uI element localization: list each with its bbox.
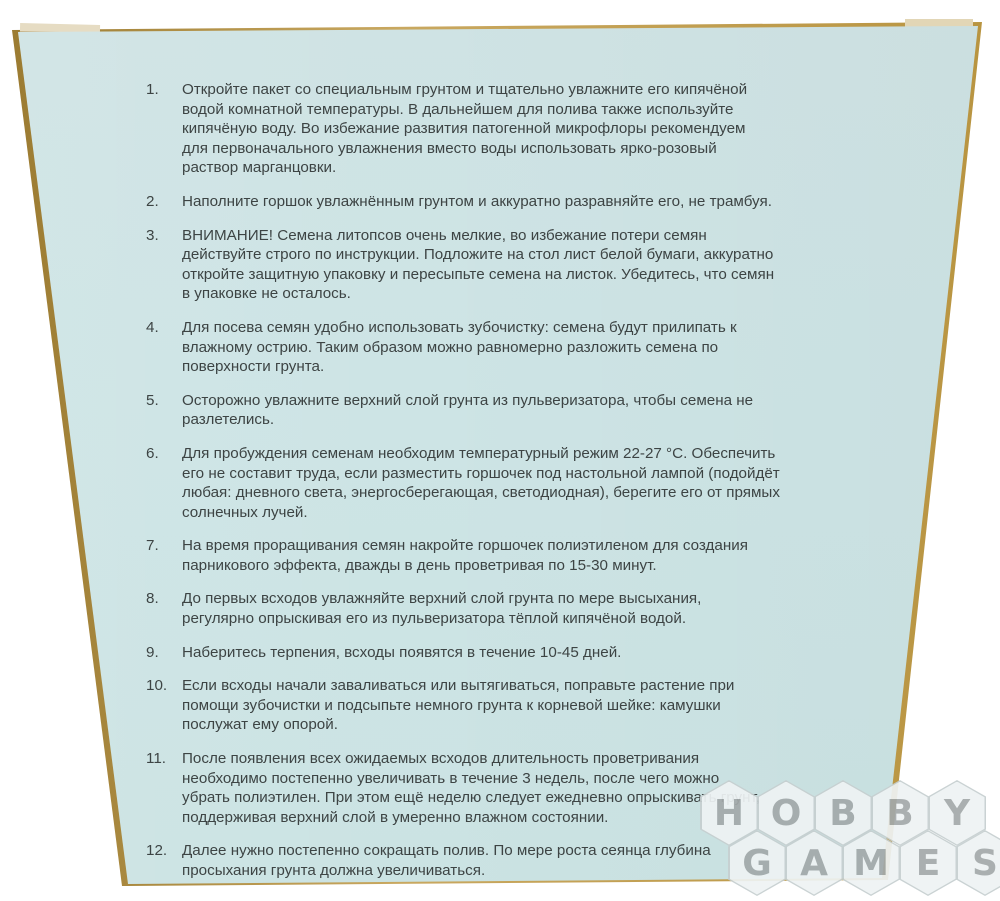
hobby-games-watermark: H O B B Y G A M E S <box>700 774 1000 901</box>
step-text: До первых всходов увлажняйте верхний сло… <box>182 589 870 628</box>
step-number: 5. <box>140 391 182 430</box>
instruction-step: 5. Осторожно увлажните верхний слой грун… <box>140 391 870 430</box>
step-text: Для пробуждения семенам необходим темпер… <box>182 444 870 522</box>
step-number: 2. <box>140 192 182 212</box>
step-text: ВНИМАНИЕ! Семена литопсов очень мелкие, … <box>182 226 870 304</box>
step-number: 4. <box>140 318 182 377</box>
step-number: 10. <box>140 676 182 735</box>
step-number: 11. <box>140 749 182 827</box>
instruction-step: 6. Для пробуждения семенам необходим тем… <box>140 444 870 522</box>
step-number: 1. <box>140 80 182 178</box>
instruction-step: 1. Откройте пакет со специальным грунтом… <box>140 80 870 178</box>
instruction-step: 10. Если всходы начали заваливаться или … <box>140 676 870 735</box>
step-text: Откройте пакет со специальным грунтом и … <box>182 80 870 178</box>
step-number: 8. <box>140 589 182 628</box>
instruction-step: 7. На время проращивания семян накройте … <box>140 536 870 575</box>
step-text: Осторожно увлажните верхний слой грунта … <box>182 391 870 430</box>
instruction-step: 3. ВНИМАНИЕ! Семена литопсов очень мелки… <box>140 226 870 304</box>
step-text: Наполните горшок увлажнённым грунтом и а… <box>182 192 870 212</box>
step-number: 3. <box>140 226 182 304</box>
step-text: Для посева семян удобно использовать зуб… <box>182 318 870 377</box>
step-text: На время проращивания семян накройте гор… <box>182 536 870 575</box>
sowing-instructions-list: 1. Откройте пакет со специальным грунтом… <box>140 80 870 895</box>
step-number: 12. <box>140 841 182 880</box>
step-text: Если всходы начали заваливаться или вытя… <box>182 676 870 735</box>
step-number: 9. <box>140 643 182 663</box>
step-text: Наберитесь терпения, всходы появятся в т… <box>182 643 870 663</box>
step-number: 7. <box>140 536 182 575</box>
step-number: 6. <box>140 444 182 522</box>
instruction-step: 4. Для посева семян удобно использовать … <box>140 318 870 377</box>
instruction-step: 8. До первых всходов увлажняйте верхний … <box>140 589 870 628</box>
instruction-step: 9. Наберитесь терпения, всходы появятся … <box>140 643 870 663</box>
instruction-step: 2. Наполните горшок увлажнённым грунтом … <box>140 192 870 212</box>
